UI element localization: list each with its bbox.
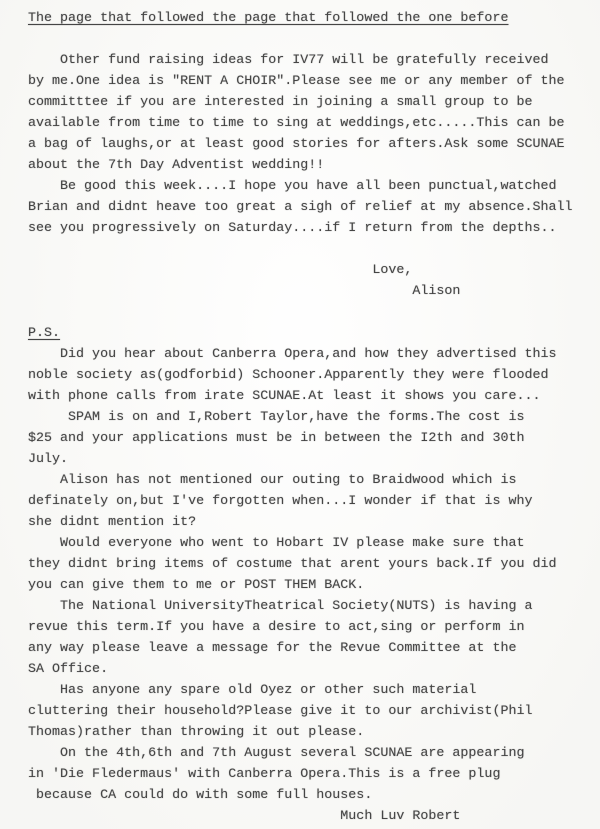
text-line: about the 7th Day Adventist wedding!! xyxy=(28,155,600,176)
text-line: because CA could do with some full house… xyxy=(28,785,600,806)
text-line: cluttering their household?Please give i… xyxy=(28,701,600,722)
text-line: On the 4th,6th and 7th August several SC… xyxy=(28,743,600,764)
typewritten-page: The page that followed the page that fol… xyxy=(0,0,600,829)
text-line: Has anyone any spare old Oyez or other s… xyxy=(28,680,600,701)
text-line: any way please leave a message for the R… xyxy=(28,638,600,659)
text-line: with phone calls from irate SCUNAE.At le… xyxy=(28,386,600,407)
signature-robert: Much Luv Robert xyxy=(28,806,600,827)
blank-line xyxy=(28,29,600,50)
text-line: The National UniversityTheatrical Societ… xyxy=(28,596,600,617)
text-line: SPAM is on and I,Robert Taylor,have the … xyxy=(28,407,600,428)
text-line: Thomas)rather than throwing it out pleas… xyxy=(28,722,600,743)
text-line: definately on,but I've forgotten when...… xyxy=(28,491,600,512)
blank-line xyxy=(28,239,600,260)
signature-alison: Alison xyxy=(28,281,600,302)
text-line: committtee if you are interested in join… xyxy=(28,92,600,113)
blank-line xyxy=(28,302,600,323)
text-line: Did you hear about Canberra Opera,and ho… xyxy=(28,344,600,365)
text-line: noble society as(godforbid) Schooner.App… xyxy=(28,365,600,386)
text-line: in 'Die Fledermaus' with Canberra Opera.… xyxy=(28,764,600,785)
text-line: see you progressively on Saturday....if … xyxy=(28,218,600,239)
text-line: July. xyxy=(28,449,600,470)
text-line: Alison has not mentioned our outing to B… xyxy=(28,470,600,491)
text-line: SA Office. xyxy=(28,659,600,680)
text-line: Be good this week....I hope you have all… xyxy=(28,176,600,197)
ps-heading: P.S. xyxy=(28,323,600,344)
text-line: you can give them to me or POST THEM BAC… xyxy=(28,575,600,596)
text-line: available from time to time to sing at w… xyxy=(28,113,600,134)
document-heading: The page that followed the page that fol… xyxy=(28,8,600,29)
text-line: Other fund raising ideas for IV77 will b… xyxy=(28,50,600,71)
text-line: $25 and your applications must be in bet… xyxy=(28,428,600,449)
valediction: Love, xyxy=(28,260,600,281)
text-line: by me.One idea is "RENT A CHOIR".Please … xyxy=(28,71,600,92)
text-line: Brian and didnt heave too great a sigh o… xyxy=(28,197,600,218)
text-line: they didnt bring items of costume that a… xyxy=(28,554,600,575)
text-line: she didnt mention it? xyxy=(28,512,600,533)
text-line: revue this term.If you have a desire to … xyxy=(28,617,600,638)
text-line: Would everyone who went to Hobart IV ple… xyxy=(28,533,600,554)
text-line: a bag of laughs,or at least good stories… xyxy=(28,134,600,155)
